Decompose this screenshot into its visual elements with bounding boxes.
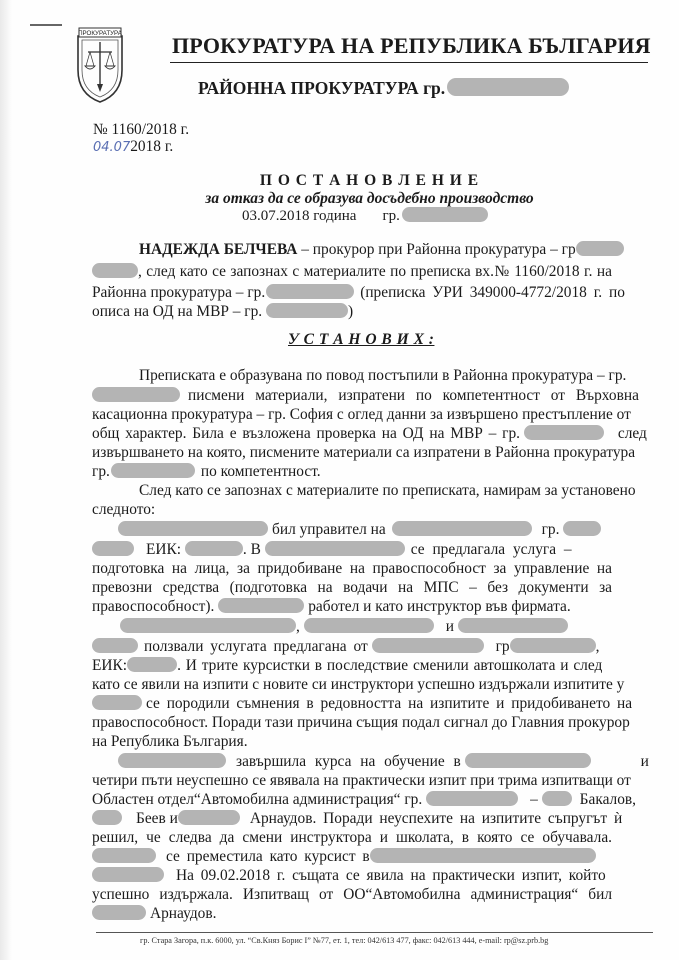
p2-line-2: следното: [92,500,612,519]
intro-line-2: , след като се запознах с материалите по… [92,262,612,281]
handwritten-date: 04.07 [93,140,130,155]
redacted-name [92,638,138,653]
redacted-city [510,638,596,653]
p3-line-1: бил управител на гр. [92,520,612,539]
redacted-company [92,867,164,882]
header-divider [170,62,648,63]
p1-line-6: гр.по компетентност. [92,462,612,481]
p1-line-4: общ характер. Била е възложена проверка … [92,424,612,443]
redacted-city [426,791,518,806]
p1-line-1: Преписката е образувана по повод постъпи… [139,366,612,385]
redacted-name [304,618,434,633]
redacted-city [92,541,134,556]
p3-line-3: подготовка на лица, за придобиване на пр… [92,559,612,578]
section-heading: У С Т А Н О В И Х : [288,331,434,349]
scan-mark [30,24,62,26]
decree-title: П О С Т А Н О В Л Е Н И Е [0,172,679,190]
redacted-city [92,263,138,278]
p5-line-9: Арнаудов. [92,904,612,923]
institution-title: ПРОКУРАТУРА НА РЕПУБЛИКА БЪЛГАРИЯ [172,33,651,59]
redacted-company [265,541,405,556]
redacted-eik [185,541,243,556]
p3-line-4: превозни средства (подготовка на водачи … [92,578,612,597]
registration-date: 04.072018 г. [93,138,173,156]
redacted-company [392,521,532,536]
p4-line-6: правоспособност. Поради тази причина същ… [92,713,612,732]
redacted-name [92,905,146,920]
p4-line-5: се породили съмнения в редовността на из… [92,694,612,713]
p2-line-1: След като се запознах с материалите по п… [139,481,659,500]
redacted-city [92,387,180,402]
prosecution-emblem-icon: ПРОКУРАТУРА [74,26,126,104]
redacted-city [524,425,604,440]
redacted-city [266,303,348,318]
p5-line-7: На 09.02.2018 г. същата се явила на прак… [92,866,612,885]
p5-line-3: Областен отдел“Автомобилна администрация… [92,790,612,809]
redacted-company [372,638,484,653]
p5-line-8: успешно издържала. Изпитващ от ОО“Автомо… [92,885,612,904]
footer-divider [96,932,653,933]
intro-line-4: описа на ОД на МВР – гр. ) [92,302,612,321]
p5-line-6: се преместила като курсист в [92,847,612,866]
footer-address: гр. Стара Загора, п.к. 6000, ул. “Св.Кня… [140,936,548,945]
document-page: ПРОКУРАТУРА ПРОКУРАТУРА НА РЕПУБЛИКА БЪЛ… [0,0,679,960]
p4-line-7: на Република България. [92,732,612,751]
redacted-name [218,598,304,613]
redacted-name [92,695,142,710]
p1-line-2: писмени материали, изпратени по компетен… [92,386,612,405]
p5-line-5: решил, че следва да смени инструктора и … [92,828,612,847]
p3-line-2: ЕИК: . В се предлагала услуга – [92,540,612,559]
district-prosecution-title: РАЙОННА ПРОКУРАТУРА гр. [198,78,569,99]
p4-line-1: , и [92,617,612,636]
redacted-name [118,521,268,536]
scan-edge-shadow [0,0,12,960]
decree-date-line: 03.07.2018 годинагр. [242,207,488,225]
redacted-city [447,78,569,96]
p5-line-2: четири пъти неуспешно се явявала на прак… [92,771,612,790]
redacted-city [266,284,354,299]
svg-text:ПРОКУРАТУРА: ПРОКУРАТУРА [78,30,123,37]
registration-number: № 1160/2018 г. [93,121,189,139]
redacted-city [111,463,195,478]
decree-subtitle: за отказ да се образува досъдебно произв… [0,190,679,208]
redacted-name [458,618,568,633]
p4-line-2: ползвали услугата предлагана от гр, [92,637,612,656]
intro-line-3: Районна прокуратура – гр.(преписка УРИ 3… [92,283,612,302]
prosecutor-name: НАДЕЖДА БЕЛЧЕВА [139,241,297,258]
redacted-name [118,753,226,768]
p4-line-4: като се явили на изпити с новите си инст… [92,675,612,694]
redacted-name [120,618,296,633]
redacted-name [542,791,572,806]
redacted-city [563,521,601,536]
redacted-eik [127,657,177,672]
redacted-company [465,753,591,768]
p1-line-3: касационна прокуратура – гр. София с огл… [92,405,612,424]
redacted-city [576,241,624,256]
p5-line-4: Беев иАрнаудов. Поради неуспехите на изп… [92,809,612,828]
intro-line-1: НАДЕЖДА БЕЛЧЕВА – прокурор при Районна п… [139,240,605,259]
district-label: РАЙОННА ПРОКУРАТУРА гр. [198,78,445,98]
redacted-name [92,810,122,825]
redacted-name [92,848,156,863]
p1-line-5: извършването на която, писмените материа… [92,443,612,462]
redacted-city [402,207,488,222]
p4-line-3: ЕИК:. И трите курсистки в последствие см… [92,656,612,675]
p5-line-1: завършила курса на обучение в и [92,752,612,771]
p3-line-5: правоспособност). работел и като инструк… [92,597,612,616]
redacted-company [370,848,596,863]
redacted-name [178,810,240,825]
